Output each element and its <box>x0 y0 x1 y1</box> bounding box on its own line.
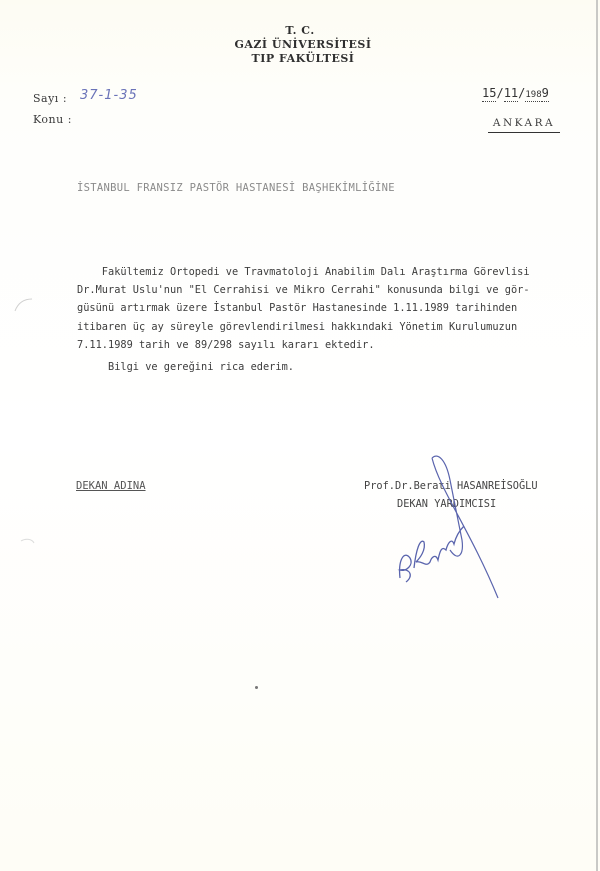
date-year-suffix: 9 <box>542 86 549 102</box>
speck <box>255 686 258 689</box>
letterhead-tc: T. C. <box>0 24 600 37</box>
scan-artifact-icon <box>12 295 36 315</box>
konu-label: Konu : <box>33 113 72 126</box>
scan-artifact-icon <box>18 535 38 555</box>
body-line: Fakültemiz Ortopedi ve Travmatoloji Anab… <box>77 263 587 281</box>
page-edge <box>596 0 598 871</box>
body-line: 7.11.1989 tarih ve 89/298 sayılı kararı … <box>77 336 587 354</box>
body-line: Dr.Murat Uslu'nun "El Cerrahisi ve Mikro… <box>77 281 587 299</box>
date-year-prefix: 198 <box>525 90 541 102</box>
sayi-value: 37-1-35 <box>80 88 138 103</box>
sayi-label: Sayı : <box>33 92 67 105</box>
letter-body: Fakültemiz Ortopedi ve Travmatoloji Anab… <box>77 263 587 354</box>
closing: Bilgi ve gereğini rica ederim. <box>108 361 294 373</box>
city: ANKARA <box>488 117 560 133</box>
handwritten-signature-icon <box>380 450 520 610</box>
recipient: İSTANBUL FRANSIZ PASTÖR HASTANESİ BAŞHEK… <box>77 182 395 194</box>
date-month: 11 <box>504 86 518 102</box>
body-line: güsünü artırmak üzere İstanbul Pastör Ha… <box>77 299 587 317</box>
date-day: 15 <box>482 86 496 102</box>
body-line: itibaren üç ay süreyle görevlendirilmesi… <box>77 318 587 336</box>
letterhead-faculty: TIP FAKÜLTESİ <box>3 52 600 65</box>
on-behalf-label: DEKAN ADINA <box>76 480 146 492</box>
date: 15/11/1989 <box>482 86 549 100</box>
letterhead-university: GAZİ ÜNİVERSİTESİ <box>3 38 600 51</box>
